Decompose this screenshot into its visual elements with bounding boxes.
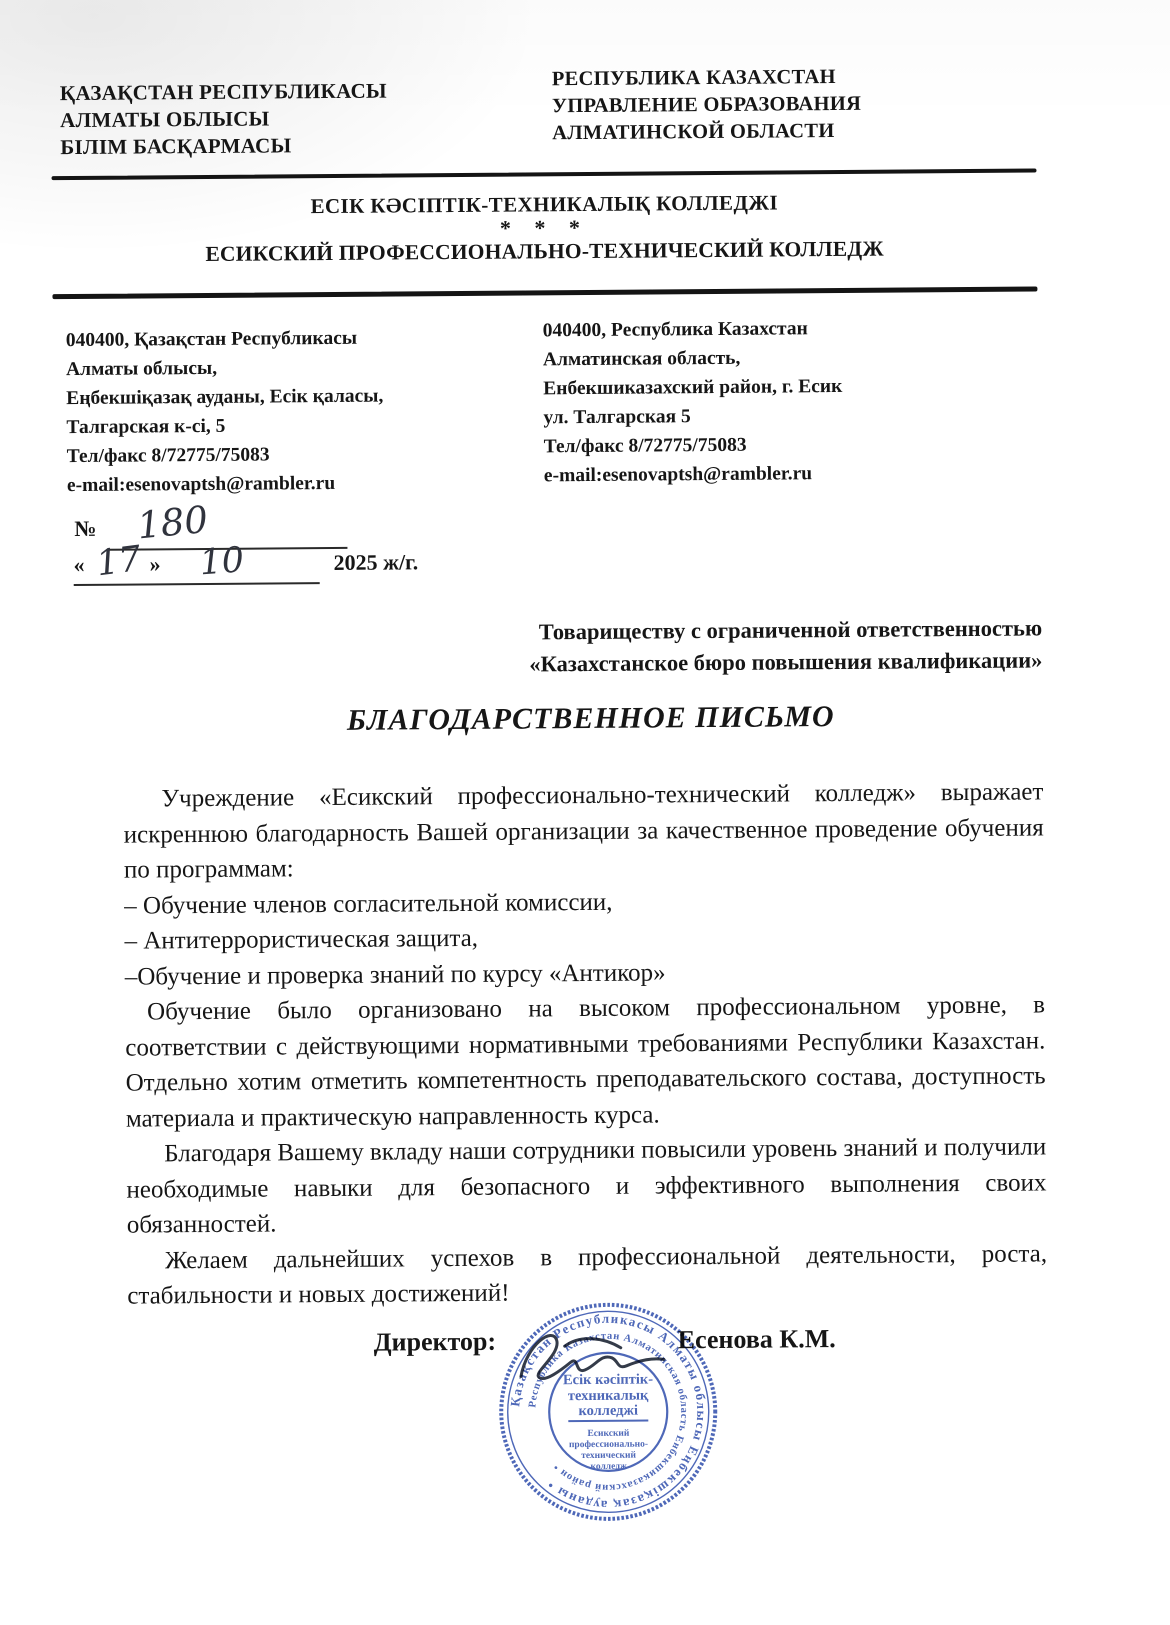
handwritten-signature — [508, 1313, 674, 1399]
letter-body: Учреждение «Есикский профессионально-тех… — [123, 774, 1047, 1314]
letterhead-russian: РЕСПУБЛИКА КАЗАХСТАН УПРАВЛЕНИЕ ОБРАЗОВА… — [552, 64, 862, 147]
address-line: 040400, Қазақстан Республикасы — [66, 324, 383, 355]
divider-top — [52, 168, 1037, 180]
divider-bottom — [52, 286, 1037, 299]
address-line: Алматы облысы, — [66, 353, 383, 384]
address-block-kazakh: 040400, Қазақстан Республикасы Алматы об… — [66, 324, 384, 500]
recipient-block: Товариществу с ограниченной ответственно… — [402, 612, 1042, 681]
address-line: Енбекшиказахский район, г. Есик — [543, 372, 842, 403]
stamp-center-line: колледжі — [578, 1403, 638, 1419]
body-paragraph: Обучение было организовано на высоком пр… — [125, 987, 1046, 1136]
letterhead-kk-line: БІЛІМ БАСҚАРМАСЫ — [60, 132, 387, 162]
letterhead-kk-line: АЛМАТЫ ОБЛЫСЫ — [60, 105, 387, 135]
address-line: ул. Талгарская 5 — [543, 401, 842, 432]
handwritten-day: 17 — [94, 539, 143, 584]
letter-title: БЛАГОДАРСТВЕННОЕ ПИСЬМО — [121, 698, 1061, 739]
stamp-center-rule — [568, 1421, 648, 1422]
stamp-center-subline: Есикский — [587, 1428, 630, 1439]
address-line: Тел/факс 8/72775/75083 — [67, 440, 384, 471]
letterhead-kk-line: ҚАЗАҚСТАН РЕСПУБЛИКАСЫ — [60, 78, 387, 108]
letterhead-ru-line: РЕСПУБЛИКА КАЗАХСТАН — [552, 64, 861, 93]
college-name-block: ЕСІК КӘСІПТІК-ТЕХНИКАЛЫҚ КОЛЛЕДЖІ * * * … — [52, 188, 1038, 268]
body-paragraph: Учреждение «Есикский профессионально-тех… — [123, 774, 1044, 888]
address-line: 040400, Республика Казахстан — [543, 314, 842, 345]
address-line: Алматинская область, — [543, 343, 842, 374]
recipient-line: «Казахстанское бюро повышения квалификац… — [402, 644, 1042, 681]
address-line: e-mail:esenovaptsh@rambler.ru — [67, 469, 384, 500]
address-line: Тел/факс 8/72775/75083 — [544, 430, 843, 461]
recipient-line: Товариществу с ограниченной ответственно… — [402, 612, 1042, 649]
date-quote-open: « — [73, 552, 84, 578]
scan-content: ҚАЗАҚСТАН РЕСПУБЛИКАСЫ АЛМАТЫ ОБЛЫСЫ БІЛ… — [0, 0, 1170, 1625]
stamp-center-subline: колледж — [590, 1462, 627, 1472]
handwritten-ref-number: 180 — [135, 498, 209, 548]
address-line: Еңбекшіқазақ ауданы, Есік қаласы, — [66, 382, 383, 413]
date-quote-close: » — [149, 551, 160, 577]
address-block-russian: 040400, Республика Казахстан Алматинская… — [543, 314, 843, 490]
handwritten-month: 10 — [198, 540, 246, 583]
address-line: e-mail:esenovaptsh@rambler.ru — [544, 459, 843, 490]
address-line: Талгарская к-сі, 5 — [66, 411, 383, 442]
ref-number-label: № — [74, 516, 96, 542]
letterhead-kazakh: ҚАЗАҚСТАН РЕСПУБЛИКАСЫ АЛМАТЫ ОБЛЫСЫ БІЛ… — [60, 78, 388, 162]
body-paragraph: Благодаря Вашему вкладу наши сотрудники … — [126, 1129, 1047, 1243]
letterhead-ru-line: УПРАВЛЕНИЕ ОБРАЗОВАНИЯ — [552, 91, 861, 120]
stamp-center-subline: профессионально- — [569, 1439, 648, 1451]
stamp-center-subline: технический — [581, 1450, 636, 1461]
date-year-text: 2025 ж/г. — [333, 549, 418, 576]
scanned-letter-page: ҚАЗАҚСТАН РЕСПУБЛИКАСЫ АЛМАТЫ ОБЛЫСЫ БІЛ… — [0, 0, 1170, 1625]
signature-role-label: Директор: — [374, 1327, 497, 1358]
letterhead-ru-line: АЛМАТИНСКОЙ ОБЛАСТИ — [552, 118, 861, 147]
